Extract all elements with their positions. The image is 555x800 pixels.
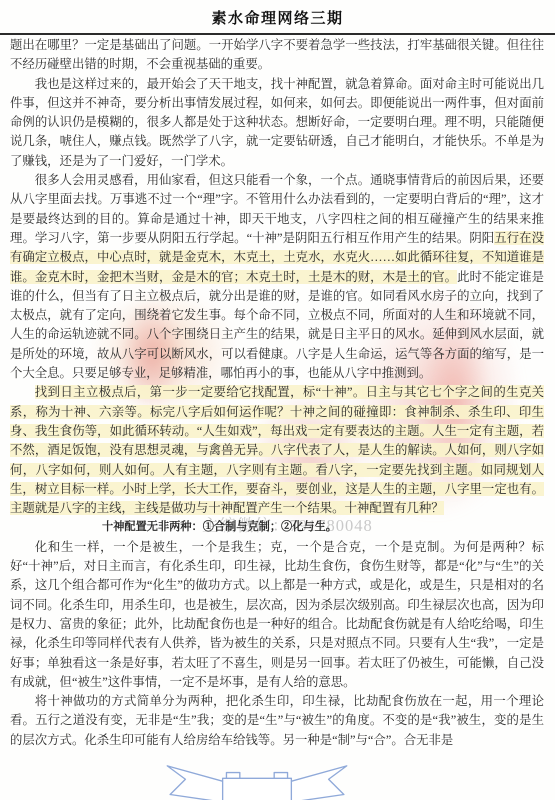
body-text: 将十神做功的方式简单分为两种，把化杀生印，印生禄，比劫配食伤放在一起，用一个理论…: [10, 694, 544, 747]
page-title: 素水命理网络三期: [0, 0, 555, 28]
body-text: 化和生一样，一个是被生，一个是我生；克，一个是合克，一个是克制。为何是两种？标好…: [10, 540, 544, 689]
document-page: 主编微信：791780048 素水命理网络三期 题出在哪里？一定是基础出了问题。…: [0, 0, 555, 800]
ribbon-fold-left: [226, 773, 239, 779]
body-text: 此时不能定谁是谁的什么，但当有了日主立极点后，就分出是谁的财，是谁的官。如同看风…: [10, 270, 544, 380]
paragraph: 将十神做功的方式简单分为两种，把化杀生印，印生禄，比劫配食伤放在一起，用一个理论…: [10, 692, 544, 750]
paragraph: 很多人会用灵感看，用仙家看，但这只能看一个象，一个点。通晓事情背后的前因后果，还…: [10, 171, 544, 383]
body-text: 很多人会用灵感看，用仙家看，但这只能看一个象，一个点。通晓事情背后的前因后果，还…: [10, 173, 544, 245]
ribbon-center-panel: [223, 778, 292, 800]
document-body: 题出在哪里？一定是基础出了问题。一开始学八字不要着急学一些技法，打牢基础很关键。…: [0, 35, 555, 750]
key-point-line: 十神配置无非两种：①合制与克制；②化与生。: [10, 518, 544, 537]
paragraph: 找到日主立极点后，第一步一定要给它找配置，标“十神”。日主与其它七个字之间的生克…: [10, 383, 544, 518]
body-text: 十神配置无非两种：①合制与克制；②化与生。: [102, 521, 337, 533]
body-text: 题出在哪里？一定是基础出了问题。一开始学八字不要着急学一些技法，打牢基础很关键。…: [10, 38, 544, 71]
highlighted-text: 找到日主立极点后，第一步一定要给它找配置，标“十神”。日主与其它七个字之间的生克…: [10, 385, 544, 515]
paragraph: 题出在哪里？一定是基础出了问题。一开始学八字不要着急学一些技法，打牢基础很关键。…: [10, 36, 544, 75]
body-text: 我也是这样过来的，最开始会了天干地支，找十神配置，就急着算命。面对命主时可能说出…: [10, 77, 544, 168]
ribbon-fold-right: [274, 773, 287, 779]
ribbon-banner-icon: [158, 763, 356, 800]
paragraph: 化和生一样，一个是被生，一个是我生；克，一个是合克，一个是克制。为何是两种？标好…: [10, 538, 544, 692]
paragraph: 我也是这样过来的，最开始会了天干地支，找十神配置，就急着算命。面对命主时可能说出…: [10, 75, 544, 171]
